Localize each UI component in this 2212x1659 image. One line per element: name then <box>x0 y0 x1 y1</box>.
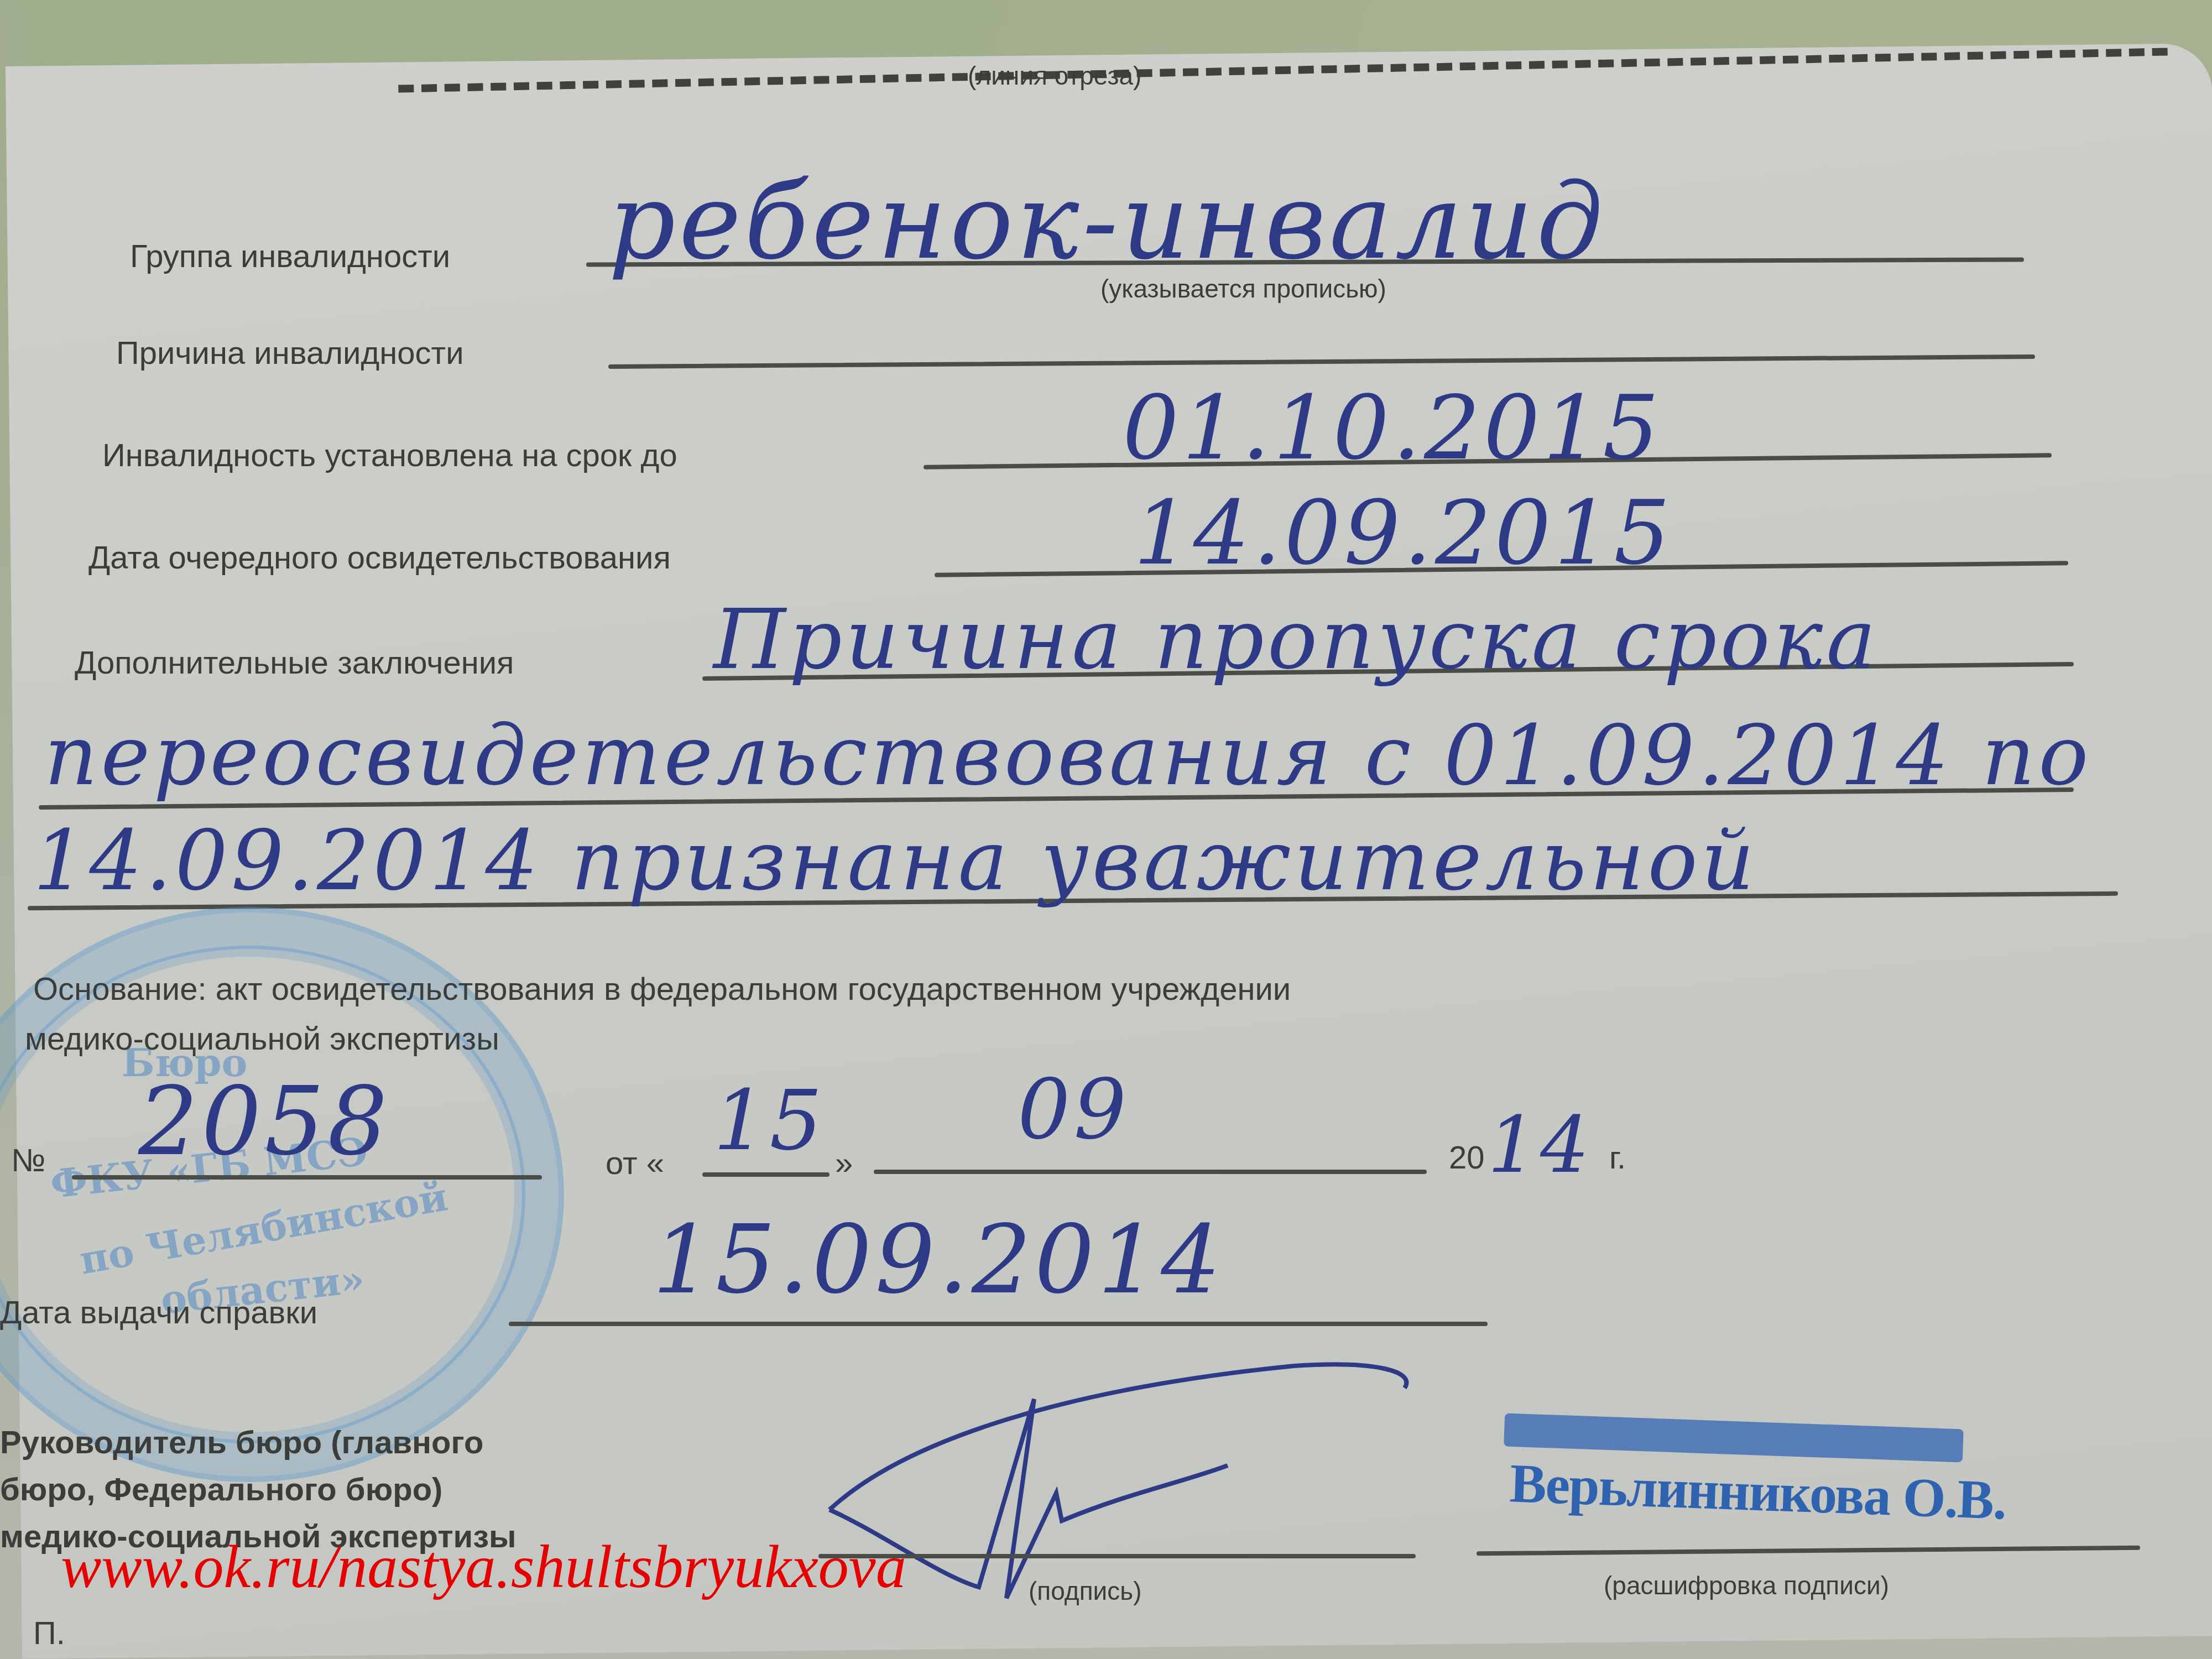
act-number-label: № <box>11 1142 45 1179</box>
valid-until-value: 01.10.2015 <box>1123 376 1662 479</box>
next-examination-label: Дата очередного освидетельствования <box>88 539 671 576</box>
act-date-from-label: от « <box>606 1145 664 1182</box>
act-year-suffix: 14 <box>1488 1100 1593 1191</box>
act-number-value: 2058 <box>138 1067 391 1177</box>
disability-reason-label: Причина инвалидности <box>116 335 464 372</box>
head-label-2: бюро, Федерального бюро) <box>0 1471 442 1508</box>
issue-date-value: 15.09.2014 <box>653 1206 1224 1315</box>
cut-line-label: (линия отреза) <box>968 61 1141 91</box>
basis-text-1: Основание: акт освидетельствования в фед… <box>33 971 1291 1008</box>
signature-caption: (подпись) <box>1029 1576 1142 1606</box>
disability-group-label: Группа инвалидности <box>130 238 450 275</box>
next-examination-value: 14.09.2015 <box>1134 481 1673 585</box>
conclusions-text-2: переосвидетельствования с 01.09.2014 по <box>44 708 2092 804</box>
issue-date-label: Дата выдачи справки <box>0 1294 317 1331</box>
act-year-prefix: 20 <box>1449 1139 1485 1176</box>
conclusions-text-3: 14.09.2014 признана уважительной <box>33 813 1757 909</box>
conclusions-text-1: Причина пропуска срока <box>713 592 1879 688</box>
decryption-caption: (расшифровка подписи) <box>1604 1571 1889 1600</box>
issue-date-line <box>509 1322 1488 1326</box>
act-day-value: 15 <box>713 1073 826 1169</box>
additional-conclusions-label: Дополнительные заключения <box>75 644 514 681</box>
disability-group-value: ребенок-инвалид <box>608 160 1606 283</box>
watermark-link: www.ok.ru/nastya.shultsbryukxova <box>61 1532 906 1602</box>
signature-line <box>818 1554 1416 1558</box>
act-year-label: г. <box>1609 1139 1626 1176</box>
act-month-line <box>874 1170 1427 1174</box>
disability-group-hint: (указывается прописью) <box>1100 274 1386 304</box>
act-date-close-quote: » <box>835 1145 853 1182</box>
act-day-line <box>702 1172 830 1177</box>
basis-text-2: медико-социальной экспертизы <box>25 1020 499 1057</box>
valid-until-label: Инвалидность установлена на срок до <box>102 437 677 474</box>
footer-mark: П. <box>33 1615 65 1652</box>
act-month-value: 09 <box>1018 1062 1130 1158</box>
head-label-1: Руководитель бюро (главного <box>0 1424 483 1461</box>
